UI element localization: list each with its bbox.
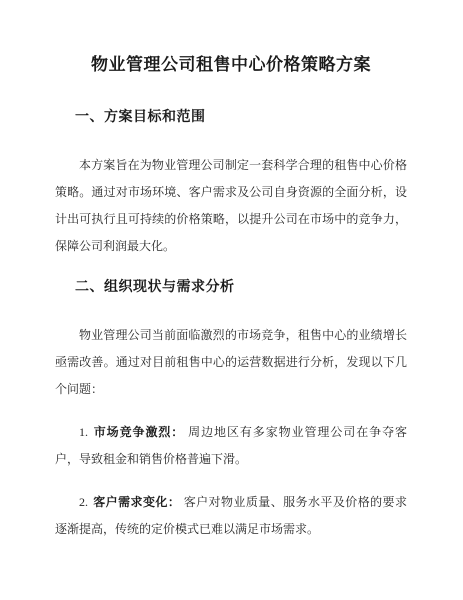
issue-2-label: 客户需求变化 — [93, 495, 168, 509]
document-page: 物业管理公司租售中心价格策略方案 一、方案目标和范围 本方案旨在为物业管理公司制… — [0, 0, 463, 600]
issue-1-number: 1. — [79, 425, 88, 439]
section-heading-1: 一、方案目标和范围 — [55, 106, 407, 126]
section1-paragraph: 本方案旨在为物业管理公司制定一套科学合理的租售中心价格策略。通过对市场环境、客户… — [55, 152, 407, 260]
issue-item-1: 1. 市场竞争激烈： 周边地区有多家物业管理公司在争夺客户，导致租金和销售价格普… — [55, 419, 407, 473]
issue-1-label: 市场竞争激烈 — [94, 425, 172, 439]
issue-2-number: 2. — [79, 495, 88, 509]
issue-1-separator: ： — [171, 425, 184, 439]
issue-item-2: 2. 客户需求变化： 客户对物业质量、服务水平及价格的要求逐渐提高，传统的定价模… — [55, 489, 407, 543]
document-title: 物业管理公司租售中心价格策略方案 — [55, 50, 407, 80]
section2-paragraph: 物业管理公司当前面临激烈的市场竞争，租售中心的业绩增长亟需改善。通过对目前租售中… — [55, 322, 407, 403]
issue-2-separator: ： — [168, 495, 180, 509]
section-heading-2: 二、组织现状与需求分析 — [55, 276, 407, 296]
